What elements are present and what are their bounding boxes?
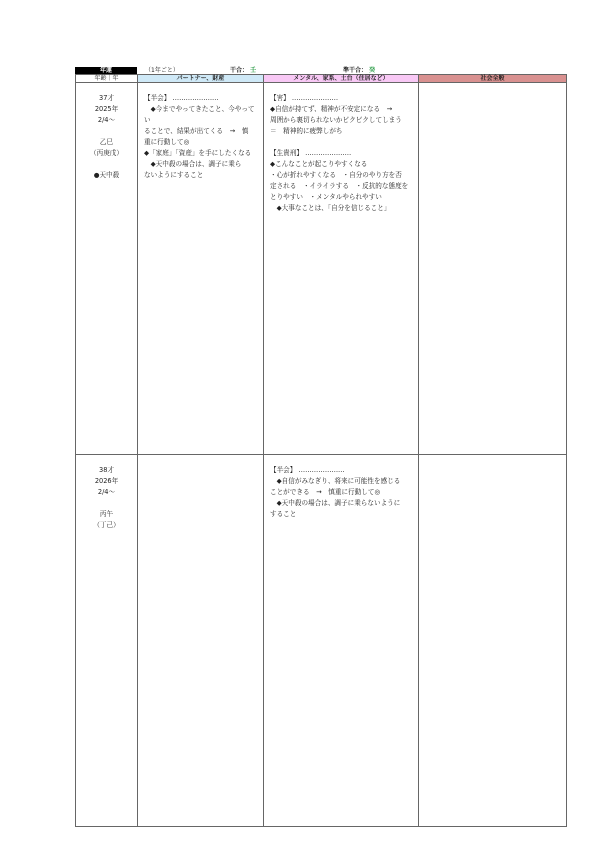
text-line: 【半会】 ………………… — [270, 465, 415, 476]
text-line: ことができる → 慎重に行動して◎ — [270, 487, 415, 498]
text-line: ◆自信がみなぎり、将来に可能性を感じる — [270, 476, 415, 487]
table-row-2026: 38才 2026年 2/4～ 丙午 （丁己） 【半会】 ………………… ◆自信が… — [76, 455, 567, 827]
partner-cell — [138, 455, 264, 827]
sheet-title: 年運 — [75, 67, 137, 74]
text-line: ◆自信が持てず、精神が不安定になる → — [270, 104, 415, 115]
start-date: 2/4～ — [76, 115, 137, 126]
age: 37才 — [76, 93, 137, 104]
year-cell: 37才 2025年 2/4～ 乙巳 （丙庚戊） ●天中殺 — [76, 83, 138, 455]
text-line: ないようにすること — [144, 170, 260, 181]
text-line: ◆天中殺の場合は、調子に乗らないように — [270, 498, 415, 509]
year-cell: 38才 2026年 2/4～ 丙午 （丁己） — [76, 455, 138, 827]
tenchusatsu-mark: ●天中殺 — [76, 170, 137, 181]
text-line: 【生貴刑】 ………………… — [270, 148, 415, 159]
age: 38才 — [76, 465, 137, 476]
text-line: とりやすい ・メンタルやられやすい — [270, 192, 415, 203]
fortune-table: 年齢｜年 パートナー、財産 メンタル、家系、土台（住居など） 社会全般 37才 … — [75, 74, 567, 827]
header-band: 年運 （1年ごと） 干合： 壬 準干合： 癸 — [75, 67, 566, 74]
spacer — [76, 159, 137, 170]
kangou-label: 干合： — [230, 67, 248, 74]
jun-kangou-value: 癸 — [369, 67, 375, 74]
society-cell — [419, 83, 567, 455]
jun-kangou: 準干合： 癸 — [343, 67, 375, 74]
text-line: すること — [270, 509, 415, 520]
year: 2026年 — [76, 476, 137, 487]
column-header-partner: パートナー、財産 — [138, 75, 264, 83]
text-line: 定される ・イライラする ・反抗的な態度を — [270, 181, 415, 192]
mental-cell: 【半会】 ………………… ◆自信がみなぎり、将来に可能性を感じる ことができる … — [264, 455, 419, 827]
spacer — [270, 137, 415, 148]
partner-cell: 【半会】 ………………… ◆今までやってきたこと、今やってい ることで、結果が出… — [138, 83, 264, 455]
mental-cell: 【害】 ………………… ◆自信が持てず、精神が不安定になる → 周囲から裏切られ… — [264, 83, 419, 455]
text-line: 周囲から裏切られないかビクビクしてしまう — [270, 115, 415, 126]
column-header-age-year: 年齢｜年 — [76, 75, 138, 83]
text-line: ◆天中殺の場合は、調子に乗ら — [144, 159, 260, 170]
text-line: ＝ 精神的に疲弊しがち — [270, 126, 415, 137]
column-header-society: 社会全般 — [419, 75, 567, 83]
zokan: （丁己） — [76, 520, 137, 531]
kanshi: 乙巳 — [76, 137, 137, 148]
start-date: 2/4～ — [76, 487, 137, 498]
text-line: ・心が折れやすくなる ・自分のやり方を否 — [270, 170, 415, 181]
fortune-sheet: 年運 （1年ごと） 干合： 壬 準干合： 癸 年齢｜年 パートナー、財産 メンタ… — [75, 67, 566, 827]
kangou: 干合： 壬 — [230, 67, 256, 74]
society-cell — [419, 455, 567, 827]
zokan: （丙庚戊） — [76, 148, 137, 159]
text-line: 【害】 ………………… — [270, 93, 415, 104]
table-row-2025: 37才 2025年 2/4～ 乙巳 （丙庚戊） ●天中殺 【半会】 ………………… — [76, 83, 567, 455]
spacer — [76, 498, 137, 509]
spacer — [76, 126, 137, 137]
text-line: ◆今までやってきたこと、今やってい — [144, 104, 260, 126]
jun-kangou-label: 準干合： — [343, 67, 367, 74]
text-line: ◆こんなことが起こりやすくなる — [270, 159, 415, 170]
column-header-mental: メンタル、家系、土台（住居など） — [264, 75, 419, 83]
text-line: 【半会】 ………………… — [144, 93, 260, 104]
kangou-value: 壬 — [250, 67, 256, 74]
text-line: ◆「家庭」「資産」を手にしたくなる — [144, 148, 260, 159]
kanshi: 丙午 — [76, 509, 137, 520]
text-line: 重に行動して◎ — [144, 137, 260, 148]
year: 2025年 — [76, 104, 137, 115]
text-line: ることで、結果が出てくる → 慎 — [144, 126, 260, 137]
period-note: （1年ごと） — [145, 67, 179, 74]
text-line: ◆大事なことは、「自分を信じること」 — [270, 203, 415, 214]
